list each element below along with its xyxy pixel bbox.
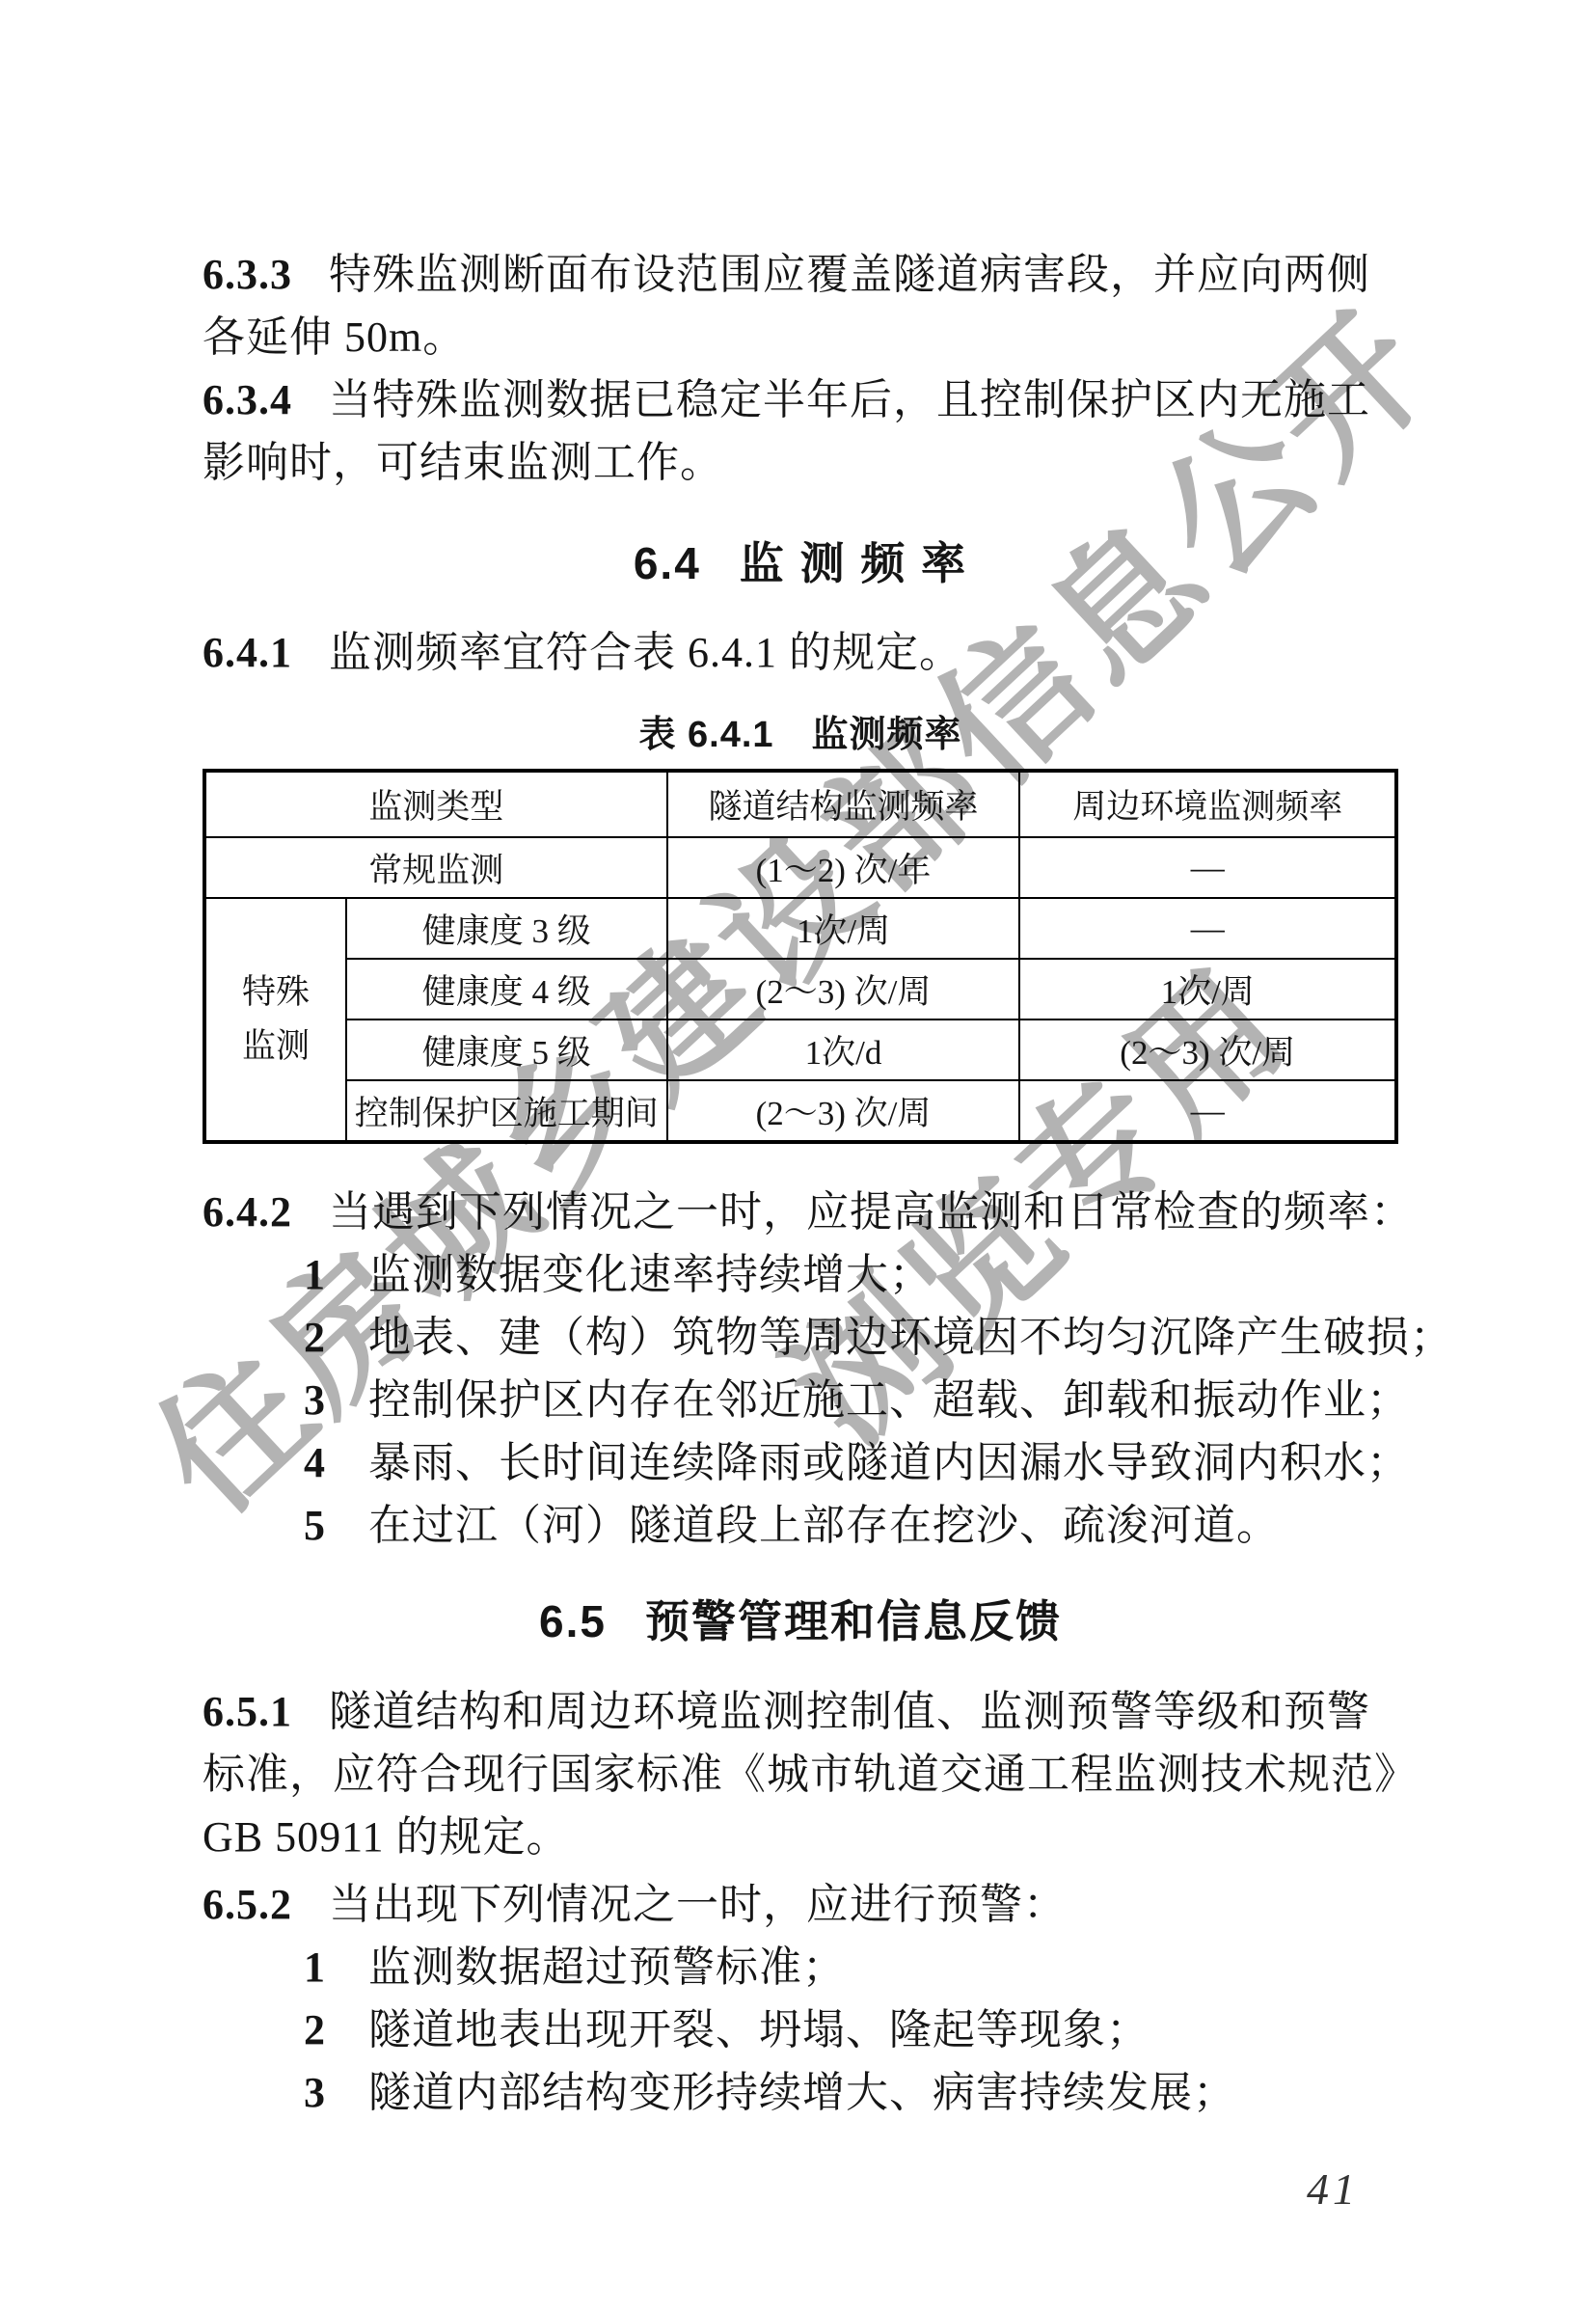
section-6-5-number: 6.5 [539, 1596, 607, 1646]
clause-6-5-2-text: 当出现下列情况之一时，应进行预警： [329, 1881, 1067, 1928]
cell-tunnel: 1次/d [667, 1020, 1020, 1080]
cell-env: — [1019, 837, 1396, 898]
item-text: 隧道内部结构变形持续增大、病害持续发展； [368, 2069, 1236, 2116]
special-label-line-1: 特殊 [210, 965, 341, 1020]
item-number: 4 [304, 1439, 326, 1486]
list-item-6-4-2-1: 1监测数据变化速率持续增大； [203, 1243, 1398, 1306]
item-number: 3 [304, 1376, 326, 1424]
cell-tunnel: (2～3) 次/周 [667, 959, 1020, 1020]
clause-6-4-1-text: 监测频率宜符合表 6.4.1 的规定。 [329, 629, 962, 676]
header-tunnel-frequency: 隧道结构监测频率 [667, 771, 1020, 837]
section-6-5-title: 预警管理和信息反馈 [645, 1596, 1062, 1646]
item-number: 2 [304, 2006, 326, 2053]
item-text: 控制保护区内存在邻近施工、超载、卸载和振动作业； [368, 1376, 1410, 1424]
header-environment-frequency: 周边环境监测频率 [1019, 771, 1396, 837]
table-row-health-5: 健康度 5 级 1次/d (2～3) 次/周 [204, 1020, 1396, 1080]
table-row-construction-period: 控制保护区施工期间 (2～3) 次/周 — [204, 1080, 1396, 1142]
item-number: 3 [304, 2069, 326, 2116]
table-row-regular: 常规监测 (1～2) 次/年 — [204, 837, 1396, 898]
header-monitoring-type: 监测类型 [204, 771, 667, 837]
list-item-6-5-2-3: 3隧道内部结构变形持续增大、病害持续发展； [203, 2061, 1398, 2124]
list-item-6-4-2-4: 4暴雨、长时间连续降雨或隧道内因漏水导致洞内积水； [203, 1431, 1398, 1494]
clause-6-5-1-number: 6.5.1 [203, 1688, 292, 1735]
page-content: 6.3.3特殊监测断面布设范围应覆盖隧道病害段，并应向两侧 各延伸 50m。 6… [203, 0, 1398, 2124]
item-number: 1 [304, 1944, 326, 1991]
cell-special-monitoring-label: 特殊 监测 [204, 898, 346, 1142]
clause-6-4-1-number: 6.4.1 [203, 629, 292, 676]
table-header-row: 监测类型 隧道结构监测频率 周边环境监测频率 [204, 771, 1396, 837]
cell-type: 健康度 4 级 [346, 959, 666, 1020]
clause-6-3-3-text: 特殊监测断面布设范围应覆盖隧道病害段，并应向两侧 [329, 251, 1370, 298]
cell-tunnel: (2～3) 次/周 [667, 1080, 1020, 1142]
clause-6-4-1-line: 6.4.1监测频率宜符合表 6.4.1 的规定。 [203, 621, 1398, 684]
table-row-health-4: 健康度 4 级 (2～3) 次/周 1次/周 [204, 959, 1396, 1020]
clause-6-4-2-line: 6.4.2当遇到下列情况之一时，应提高监测和日常检查的频率： [203, 1181, 1398, 1243]
table-6-4-1-title: 表 6.4.1 监测频率 [203, 709, 1398, 762]
cell-type: 健康度 5 级 [346, 1020, 666, 1080]
clause-6-5-1-line-3: GB 50911 的规定。 [203, 1806, 1398, 1868]
list-item-6-5-2-1: 1监测数据超过预警标准； [203, 1936, 1398, 1998]
item-number: 2 [304, 1314, 326, 1361]
item-text: 监测数据变化速率持续增大； [368, 1251, 933, 1298]
cell-env: (2～3) 次/周 [1019, 1020, 1396, 1080]
page-number: 41 [1307, 2163, 1359, 2215]
item-text: 隧道地表出现开裂、坍塌、隆起等现象； [368, 2006, 1150, 2053]
item-number: 5 [304, 1502, 326, 1549]
clause-6-3-4-line-1: 6.3.4当特殊监测数据已稳定半年后，且控制保护区内无施工 [203, 368, 1398, 431]
clause-6-3-3-number: 6.3.3 [203, 251, 292, 298]
clause-6-5-1-text: 隧道结构和周边环境监测控制值、监测预警等级和预警 [329, 1688, 1370, 1735]
clause-6-4-2-number: 6.4.2 [203, 1188, 292, 1236]
special-label-line-2: 监测 [210, 1020, 341, 1074]
cell-type: 健康度 3 级 [346, 898, 666, 959]
clause-6-5-1-line-2: 标准，应符合现行国家标准《城市轨道交通工程监测技术规范》 [203, 1743, 1398, 1806]
clause-6-3-4-number: 6.3.4 [203, 376, 292, 423]
item-text: 监测数据超过预警标准； [368, 1944, 846, 1991]
cell-env: — [1019, 1080, 1396, 1142]
document-page: 住房城乡建设部信息公开 浏览专用 6.3.3特殊监测断面布设范围应覆盖隧道病害段… [0, 0, 1596, 2311]
clause-6-5-2-number: 6.5.2 [203, 1881, 292, 1928]
cell-tunnel: (1～2) 次/年 [667, 837, 1020, 898]
clause-6-3-4-text: 当特殊监测数据已稳定半年后，且控制保护区内无施工 [329, 376, 1370, 423]
cell-tunnel: 1次/周 [667, 898, 1020, 959]
list-item-6-4-2-3: 3控制保护区内存在邻近施工、超载、卸载和振动作业； [203, 1369, 1398, 1431]
clause-6-3-3-line-2: 各延伸 50m。 [203, 306, 1398, 368]
list-item-6-4-2-5: 5在过江（河）隧道段上部存在挖沙、疏浚河道。 [203, 1494, 1398, 1557]
cell-env: 1次/周 [1019, 959, 1396, 1020]
cell-type: 常规监测 [204, 837, 667, 898]
clause-6-4-2-text: 当遇到下列情况之一时，应提高监测和日常检查的频率： [329, 1188, 1414, 1236]
clause-6-3-3-line-1: 6.3.3特殊监测断面布设范围应覆盖隧道病害段，并应向两侧 [203, 243, 1398, 306]
monitoring-frequency-table: 监测类型 隧道结构监测频率 周边环境监测频率 常规监测 (1～2) 次/年 — … [203, 769, 1398, 1144]
item-text: 地表、建（构）筑物等周边环境因不均匀沉降产生破损； [368, 1314, 1453, 1361]
section-heading-6-4: 6.4监 测 频 率 [203, 532, 1398, 595]
table-row-health-3: 特殊 监测 健康度 3 级 1次/周 — [204, 898, 1396, 959]
section-6-4-number: 6.4 [634, 538, 701, 588]
clause-6-5-1-line-1: 6.5.1隧道结构和周边环境监测控制值、监测预警等级和预警 [203, 1680, 1398, 1743]
cell-env: — [1019, 898, 1396, 959]
cell-type: 控制保护区施工期间 [346, 1080, 666, 1142]
section-heading-6-5: 6.5预警管理和信息反馈 [203, 1591, 1398, 1653]
section-6-4-title: 监 测 频 率 [740, 538, 967, 588]
list-item-6-5-2-2: 2隧道地表出现开裂、坍塌、隆起等现象； [203, 1998, 1398, 2061]
clause-6-5-2-line: 6.5.2当出现下列情况之一时，应进行预警： [203, 1873, 1398, 1936]
item-number: 1 [304, 1251, 326, 1298]
item-text: 在过江（河）隧道段上部存在挖沙、疏浚河道。 [368, 1502, 1280, 1549]
clause-6-3-4-line-2: 影响时，可结束监测工作。 [203, 431, 1398, 494]
list-item-6-4-2-2: 2地表、建（构）筑物等周边环境因不均匀沉降产生破损； [203, 1306, 1398, 1369]
item-text: 暴雨、长时间连续降雨或隧道内因漏水导致洞内积水； [368, 1439, 1410, 1486]
